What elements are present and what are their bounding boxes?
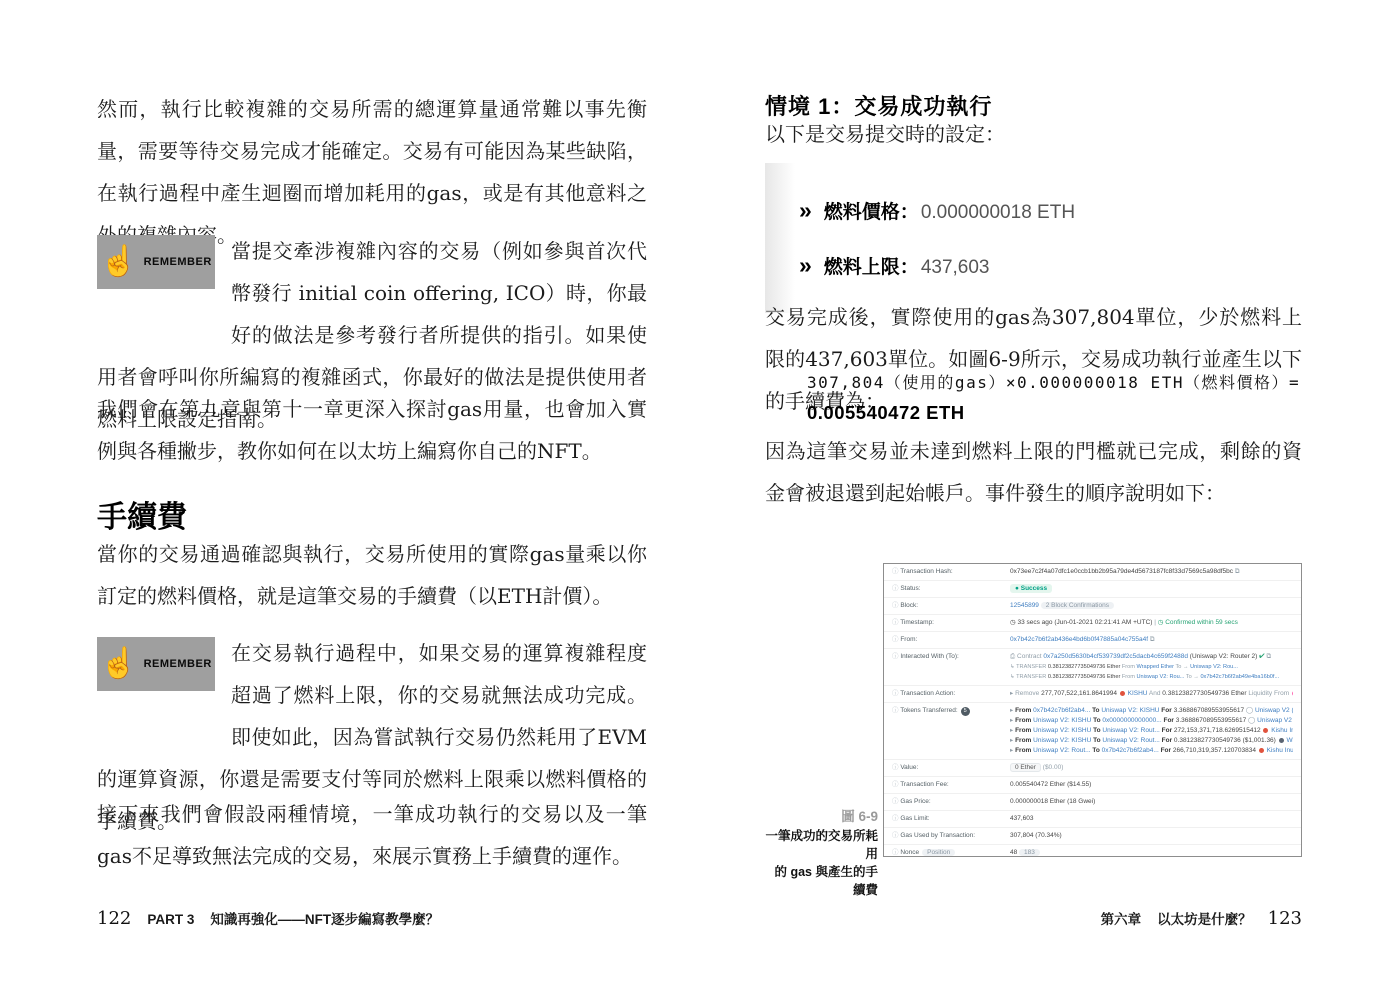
chevron-icon: » xyxy=(799,197,812,224)
info-circle-icon: ⓘ xyxy=(892,815,900,822)
info-circle-icon: ⓘ xyxy=(892,653,900,660)
info-circle-icon: ⓘ xyxy=(892,636,900,643)
footer-chapter-title: 以太坊是什麼？ xyxy=(1157,908,1252,928)
etherscan-row: ⓘ Transaction Fee:0.005540472 Ether ($14… xyxy=(884,777,1301,794)
bullet-value: 437,603 xyxy=(921,257,990,279)
etherscan-row: ⓘ Status:● Success xyxy=(884,581,1301,598)
bullet-label: 燃料上限： xyxy=(824,252,919,279)
remember-hand-icon: ☝ xyxy=(100,649,137,679)
left-paragraph-2: 我們會在第九章與第十一章更深入探討gas用量，也會加入實例與各種撇步，教你如何在… xyxy=(97,388,647,472)
token-icon xyxy=(1263,728,1268,733)
etherscan-row: ⓘ Block:12545899 2 Block Confirmations xyxy=(884,598,1301,615)
page-number-right: 123 xyxy=(1268,908,1302,929)
bullet-gas-price: » 燃料價格： 0.000000018 ETH xyxy=(765,197,1302,224)
remember-hand-icon: ☝ xyxy=(100,247,137,277)
info-circle-icon: ⓘ xyxy=(892,849,900,856)
right-paragraph-2: 因為這筆交易並未達到燃料上限的門檻就已完成，剩餘的資金會被退還到起始帳戶。事件發… xyxy=(765,430,1302,514)
chevron-icon: » xyxy=(799,252,812,279)
remember-label: REMEMBER xyxy=(144,256,212,268)
token-icon xyxy=(1259,748,1264,753)
bullet-label: 燃料價格： xyxy=(824,197,919,224)
etherscan-row: ⓘ Transaction Action:▸ Remove 277,707,52… xyxy=(884,686,1301,703)
remember-badge: ☝ REMEMBER xyxy=(97,235,215,289)
info-circle-icon: ⓘ xyxy=(892,832,900,839)
equation-line: 307,804（使用的gas）×0.000000018 ETH（燃料價格）= xyxy=(807,368,1344,398)
info-circle-icon: ⓘ xyxy=(892,568,900,575)
footer-left: 122 PART 3 知識再強化——NFT逐步編寫教學麼？ xyxy=(97,908,439,929)
etherscan-row: ⓘ Tokens Transferred:5▸ From 0x7b42c7b6f… xyxy=(884,703,1301,760)
section-heading-fee: 手續費 xyxy=(97,492,187,536)
etherscan-row: ⓘ Value:0 Ether ($0.00) xyxy=(884,760,1301,777)
etherscan-row: ⓘ Transaction Hash:0x73ee7c2f4a07dfc1e0c… xyxy=(884,564,1301,581)
figure-caption-line: 的 gas 與產生的手續費 xyxy=(765,863,878,899)
footer-part-title: 知識再強化——NFT逐步編寫教學麼？ xyxy=(210,908,439,928)
info-circle-icon: ⓘ xyxy=(892,798,900,805)
etherscan-row: ⓘ Timestamp:◷ 33 secs ago (Jun-01-2021 0… xyxy=(884,615,1301,632)
remember-badge: ☝ REMEMBER xyxy=(97,637,215,691)
info-circle-icon: ⓘ xyxy=(892,690,900,697)
bullet-value: 0.000000018 ETH xyxy=(921,202,1075,224)
info-circle-icon: ⓘ xyxy=(892,764,900,771)
footer-part-label: PART 3 xyxy=(147,912,194,927)
etherscan-row: ⓘ Interacted With (To):⎙ Contract 0x7a25… xyxy=(884,649,1301,686)
equation-result: 0.005540472 ETH xyxy=(807,398,1344,428)
etherscan-row: ⓘ Gas Price:0.000000018 Ether (18 Gwei) xyxy=(884,794,1301,811)
settings-bullet-list: » 燃料價格： 0.000000018 ETH » 燃料上限： 437,603 xyxy=(765,163,1302,313)
info-circle-icon: ⓘ xyxy=(892,619,900,626)
bullet-gas-limit: » 燃料上限： 437,603 xyxy=(765,252,1302,279)
remember-label: REMEMBER xyxy=(144,658,212,670)
left-paragraph-4: 接下來我們會假設兩種情境，一筆成功執行的交易以及一筆gas不足導致無法完成的交易… xyxy=(97,793,647,877)
left-paragraph-3: 當你的交易通過確認與執行，交易所使用的實際gas量乘以你訂定的燃料價格，就是這筆… xyxy=(97,533,647,617)
figure-caption: 圖 6-9 一筆成功的交易所耗用 的 gas 與產生的手續費 xyxy=(765,808,878,899)
token-icon xyxy=(1292,691,1293,696)
etherscan-row: ⓘ Gas Limit:437,603 xyxy=(884,811,1301,828)
etherscan-row: ⓘ From:0x7b42c7b6f2ab436e4bd6b0f47885a04… xyxy=(884,632,1301,649)
page-number-left: 122 xyxy=(97,908,131,929)
etherscan-row: ⓘ Gas Used by Transaction:307,804 (70.34… xyxy=(884,828,1301,845)
fee-equation: 307,804（使用的gas）×0.000000018 ETH（燃料價格）= 0… xyxy=(807,368,1344,428)
etherscan-screenshot: ⓘ Transaction Hash:0x73ee7c2f4a07dfc1e0c… xyxy=(883,563,1302,857)
token-icon xyxy=(1120,691,1125,696)
etherscan-rows: ⓘ Transaction Hash:0x73ee7c2f4a07dfc1e0c… xyxy=(884,564,1301,857)
figure-number: 圖 6-9 xyxy=(765,808,878,827)
etherscan-row: ⓘ NoncePosition48 183 xyxy=(884,845,1301,857)
figure-caption-line: 一筆成功的交易所耗用 xyxy=(765,827,878,863)
info-circle-icon: ⓘ xyxy=(892,707,900,714)
footer-right: 第六章 以太坊是什麼？ 123 xyxy=(1101,908,1302,929)
info-circle-icon: ⓘ xyxy=(892,585,900,592)
book-spread: 然而，執行比較複雜的交易所需的總運算量通常難以事先衡量，需要等待交易完成才能確定… xyxy=(0,0,1397,1000)
info-circle-icon: ⓘ xyxy=(892,602,900,609)
right-intro: 以下是交易提交時的設定： xyxy=(765,113,1302,155)
token-icon xyxy=(1279,738,1284,743)
footer-chapter: 第六章 xyxy=(1101,908,1142,928)
info-circle-icon: ⓘ xyxy=(892,781,900,788)
